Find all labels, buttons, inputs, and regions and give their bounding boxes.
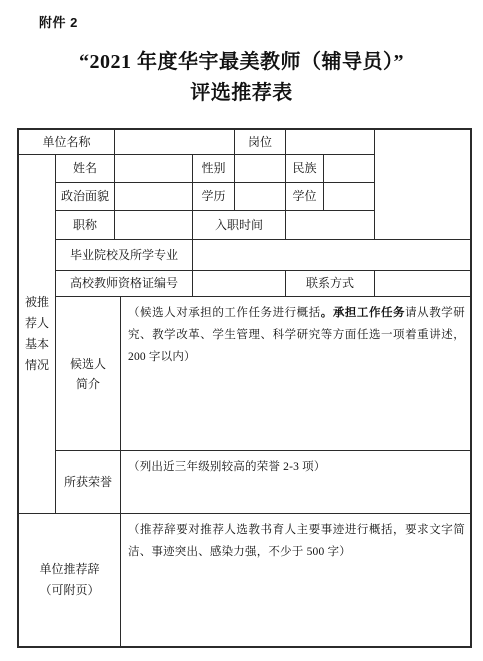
name-value-cell [115,155,193,183]
ethnicity-label: 民族 [286,155,324,183]
profile-label: 候选人简介 [67,354,109,394]
cert-no-label: 高校教师资格证编号 [56,271,193,297]
profile-note: （候选人对承担的工作任务进行概括。承担工作任务请从教学研究、教学改革、学生管理、… [128,302,465,368]
prof-title-value-cell [115,211,193,240]
profile-note-bold: 。承担工作任务 [321,307,405,319]
gender-label: 性别 [193,155,235,183]
form-title-line2: 评选推荐表 [0,78,483,109]
contact-label: 联系方式 [286,271,375,297]
recommendation-form-table: 单位名称 岗位 被推荐人基本情况 姓名 性别 民族 政治面貌 学历 学位 职称 … [17,128,472,648]
form-title-line1: “2021 年度华宇最美教师（辅导员）” [0,47,483,78]
education-value-cell [235,183,286,211]
profile-content-cell: （候选人对承担的工作任务进行概括。承担工作任务请从教学研究、教学改革、学生管理、… [121,297,470,451]
degree-label: 学位 [286,183,324,211]
political-status-label: 政治面貌 [56,183,115,211]
recommend-note: （推荐辞要对推荐人选教书育人主要事迹进行概括，要求文字简洁、事迹突出、感染力强，… [128,519,465,563]
post-value-cell [286,130,375,155]
unit-name-value-cell [115,130,235,155]
side-label-cell: 被推荐人基本情况 [19,155,56,514]
honors-note: （列出近三年级别较高的荣誉 2-3 项） [128,456,465,478]
school-major-value-cell [193,240,470,271]
school-major-label: 毕业院校及所学专业 [56,240,193,271]
ethnicity-value-cell [324,155,375,183]
gender-value-cell [235,155,286,183]
form-title: “2021 年度华宇最美教师（辅导员）” 评选推荐表 [0,47,483,109]
honors-label: 所获荣誉 [64,475,112,490]
recommend-label-line2: （可附页） [39,580,99,601]
attachment-label: 附件 2 [39,12,78,31]
document-page: 附件 2 “2021 年度华宇最美教师（辅导员）” 评选推荐表 单位名称 岗位 … [0,0,483,661]
contact-value-cell [375,271,470,297]
prof-title-label: 职称 [56,211,115,240]
recommend-label-cell: 单位推荐辞 （可附页） [19,514,121,646]
entry-time-value-cell [286,211,375,240]
education-label: 学历 [193,183,235,211]
photo-cell [375,130,470,240]
unit-name-label: 单位名称 [19,130,115,155]
side-label: 被推荐人基本情况 [24,292,51,376]
profile-label-cell: 候选人简介 [56,297,121,451]
degree-value-cell [324,183,375,211]
entry-time-label: 入职时间 [193,211,286,240]
cert-no-value-cell [193,271,286,297]
recommend-label-line1: 单位推荐辞 [39,559,99,580]
name-label: 姓名 [56,155,115,183]
recommend-label: 单位推荐辞 （可附页） [39,559,99,601]
honors-content-cell: （列出近三年级别较高的荣誉 2-3 项） [121,451,470,514]
post-label: 岗位 [235,130,286,155]
political-status-value-cell [115,183,193,211]
honors-label-cell: 所获荣誉 [56,451,121,514]
recommend-content-cell: （推荐辞要对推荐人选教书育人主要事迹进行概括，要求文字简洁、事迹突出、感染力强，… [121,514,470,646]
